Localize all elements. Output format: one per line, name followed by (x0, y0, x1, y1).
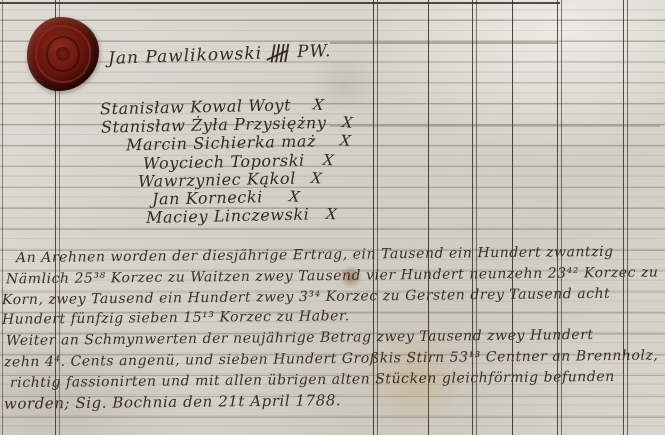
column-line (623, 0, 624, 435)
signature-x-mark: X (339, 131, 352, 150)
column-line (627, 0, 628, 435)
ruled-line-dark-segment (330, 125, 660, 127)
signature-x-mark: X (310, 169, 323, 188)
column-line (428, 0, 429, 435)
signature-x-mark: X (312, 95, 325, 114)
signature-x-mark: X (323, 151, 336, 170)
signatory-name: Maciey Linczewski (146, 205, 310, 227)
column-line (373, 0, 374, 435)
column-line (377, 0, 378, 435)
header-suffix: PW. (297, 41, 332, 62)
paragraph2-dateline: worden; Sig. Bochnia den 21t April 1788. (4, 391, 341, 413)
crossed-tally-mark: |||| (268, 42, 290, 64)
signatory-row: Maciey Linczewski X (146, 204, 338, 227)
signature-x-mark: X (288, 187, 301, 206)
ruled-line-dark-segment (330, 42, 558, 44)
signature-x-mark: X (325, 205, 338, 224)
manuscript-page: Jan Pawlikowski |||| PW. Stanisław Kowal… (0, 0, 665, 435)
signature-x-mark: X (341, 113, 354, 132)
